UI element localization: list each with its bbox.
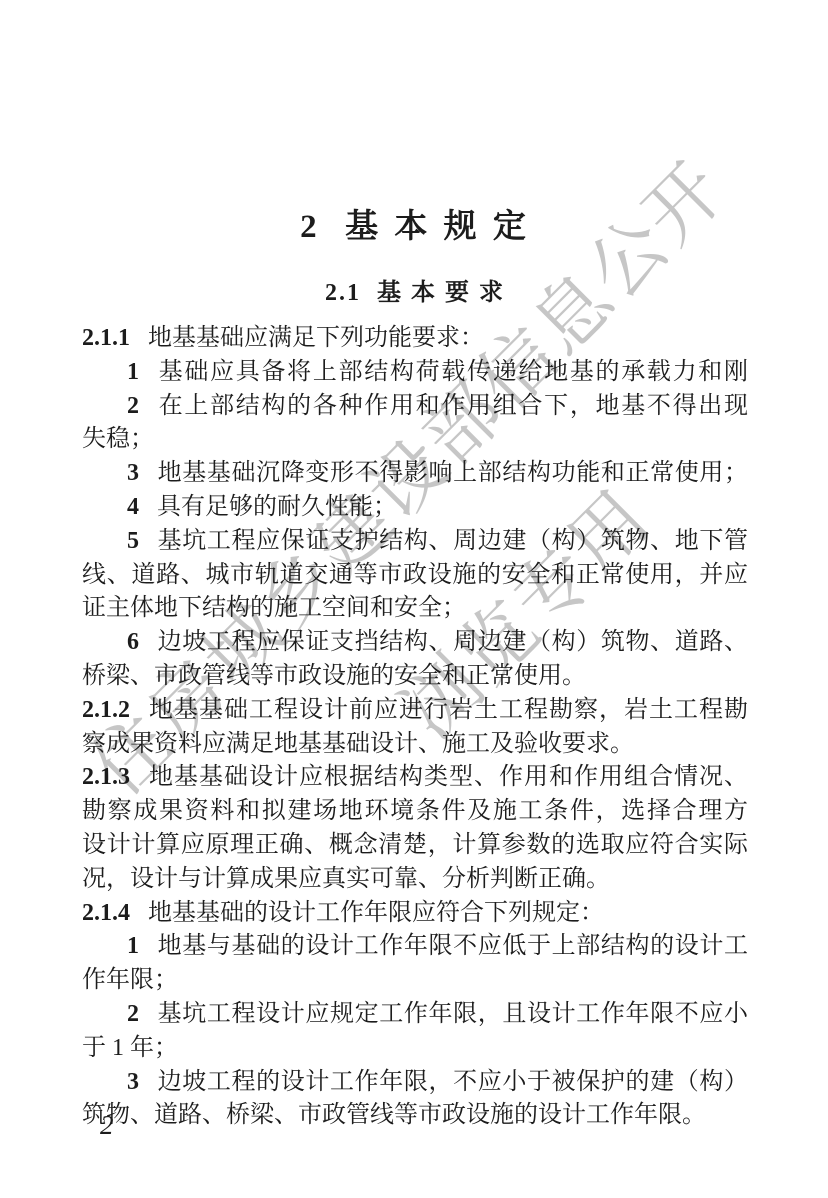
text-line: 于 1 年； — [82, 1032, 748, 1066]
item-number: 2 — [127, 1001, 139, 1027]
text-line: 失稳； — [82, 423, 748, 457]
section-heading: 2.1 基 本 要 求 — [82, 272, 748, 307]
item-number: 3 — [127, 1069, 139, 1095]
item-number: 5 — [127, 528, 139, 554]
text-line: 4具有足够的耐久性能； — [82, 491, 748, 525]
text-line: 设计计算应原理正确、概念清楚，计算参数的选取应符合实际工 — [82, 829, 748, 863]
clause-number: 2.1.4 — [82, 900, 130, 926]
text-line: 证主体地下结构的施工空间和安全； — [82, 592, 748, 626]
document-page: 住房城乡建设部信息公开 浏览专用 2 基 本 规 定 2.1 基 本 要 求 2… — [0, 0, 828, 1198]
body-text: 2.1.1地基基础应满足下列功能要求：1基础应具备将上部结构荷载传递给地基的承载… — [82, 322, 748, 1133]
text-line: 2.1.2地基基础工程设计前应进行岩土工程勘察，岩土工程勘 — [82, 694, 748, 728]
clause-number: 2.1.1 — [82, 325, 130, 351]
text-line: 2在上部结构的各种作用和作用组合下，地基不得出现 — [82, 390, 748, 424]
item-number: 2 — [127, 393, 139, 419]
item-number: 1 — [127, 359, 139, 385]
text-line: 1地基与基础的设计工作年限不应低于上部结构的设计工 — [82, 930, 748, 964]
text-line: 察成果资料应满足地基基础设计、施工及验收要求。 — [82, 728, 748, 762]
text-line: 筑物、道路、桥梁、市政管线等市政设施的设计工作年限。 — [82, 1099, 748, 1133]
text-line: 2.1.4地基基础的设计工作年限应符合下列规定： — [82, 897, 748, 931]
text-line: 作年限； — [82, 964, 748, 998]
text-line: 1基础应具备将上部结构荷载传递给地基的承载力和刚度； — [82, 356, 748, 390]
text-line: 勘察成果资料和拟建场地环境条件及施工条件，选择合理方案。 — [82, 795, 748, 829]
clause-number: 2.1.3 — [82, 764, 130, 790]
text-layer: 2 基 本 规 定 2.1 基 本 要 求 2.1.1地基基础应满足下列功能要求… — [82, 0, 748, 1198]
text-line: 2基坑工程设计应规定工作年限，且设计工作年限不应小 — [82, 998, 748, 1032]
clause-number: 2.1.2 — [82, 697, 130, 723]
text-line: 6边坡工程应保证支挡结构、周边建（构）筑物、道路、 — [82, 626, 748, 660]
text-line: 3地基基础沉降变形不得影响上部结构功能和正常使用； — [82, 457, 748, 491]
text-line: 5基坑工程应保证支护结构、周边建（构）筑物、地下管 — [82, 525, 748, 559]
text-line: 线、道路、城市轨道交通等市政设施的安全和正常使用，并应保 — [82, 559, 748, 593]
text-line: 3边坡工程的设计工作年限，不应小于被保护的建（构） — [82, 1066, 748, 1100]
item-number: 6 — [127, 629, 139, 655]
text-line: 2.1.3地基基础设计应根据结构类型、作用和作用组合情况、 — [82, 761, 748, 795]
item-number: 4 — [127, 494, 139, 520]
text-line: 况，设计与计算成果应真实可靠、分析判断正确。 — [82, 863, 748, 897]
item-number: 1 — [127, 933, 139, 959]
page-number: 2 — [100, 1110, 114, 1141]
text-line: 桥梁、市政管线等市政设施的安全和正常使用。 — [82, 660, 748, 694]
text-line: 2.1.1地基基础应满足下列功能要求： — [82, 322, 748, 356]
item-number: 3 — [127, 460, 139, 486]
chapter-title: 2 基 本 规 定 — [82, 200, 748, 247]
